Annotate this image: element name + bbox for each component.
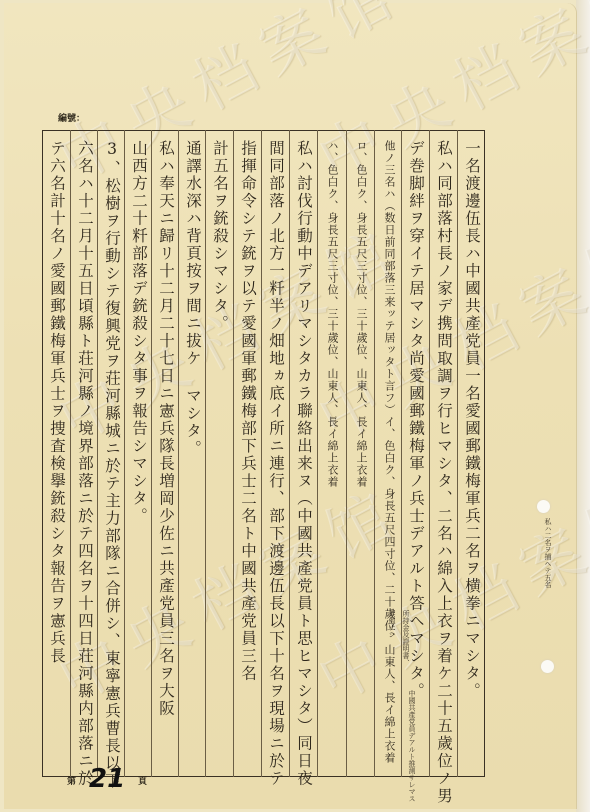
punch-hole <box>541 660 554 673</box>
ruled-line <box>151 130 152 777</box>
handwritten-column: 私ハ討伐行動中デアリマシタカラ聯絡出来ヌ（中國共產党員ト思ヒマシタ）同日夜 <box>292 140 316 770</box>
margin-annotation: 其他ナシ <box>372 610 396 650</box>
handwritten-column: 計五名ヲ銃殺シマシタ。 <box>208 140 232 770</box>
ruled-line <box>97 130 98 777</box>
handwritten-column: ハ、色白ク、身長五尺三寸位、三十歲位、山東人、長イ綿上衣着 <box>320 140 344 770</box>
punch-hole <box>537 500 550 513</box>
ruled-line <box>233 130 234 777</box>
handwritten-column: 六名ハ十二月十五日頃縣ト荘河縣ノ境界部落ニ於テ四名ヲ十四日荘河縣内部落ニ於 <box>73 140 97 770</box>
ruled-line <box>261 130 262 777</box>
ruled-line <box>317 130 318 777</box>
margin-annotation: 中國共產党員デアルト推測サレマス <box>392 690 416 770</box>
ruled-line <box>346 130 347 777</box>
ruled-line <box>457 130 458 777</box>
scan-edge <box>576 0 590 812</box>
handwritten-column: 3、松樹ヲ行動シテ復興党ヲ荘河縣城ニ於テ主力部隊ニ合併シ、東寧憲兵曹長以下 <box>100 140 124 770</box>
ruled-line <box>70 130 71 777</box>
handwritten-column: ロ、色白ク、身長五尺三寸位、三十歲位、山東人、長イ綿上衣着 <box>349 140 373 770</box>
ruled-line <box>289 130 290 777</box>
ruled-line <box>205 130 206 777</box>
serial-number-label: 編號： <box>58 111 85 124</box>
margin-annotation: 私ハ二名ヲ捕ヘテ五名 <box>528 518 552 588</box>
page-number: 21 <box>89 764 125 794</box>
handwritten-column: 一名渡邊伍長ハ中國共產党員一名愛國郵鐵梅軍兵二名ヲ横拳ニマシタ。 <box>460 140 484 770</box>
handwritten-column: 私ハ同部落村長ノ家デ携問取調ヲ行ヒマシタ、二名ハ綿入上衣ヲ着ケ二十五歲位ノ男 <box>432 140 456 770</box>
handwritten-column: 私ハ奉天ニ歸リ十二月二十七日ニ憲兵隊長増岡少佐ニ共產党員三名ヲ大阪 <box>154 140 178 770</box>
ruled-line <box>374 130 375 777</box>
page-suffix: 頁 <box>138 774 147 787</box>
page-prefix: 第 <box>67 774 76 787</box>
ruled-line <box>124 130 125 777</box>
handwritten-column: 指揮命令シテ銃ヲ以テ愛國軍郵鐵梅部下兵士二名ト中國共產党員三名 <box>236 140 260 770</box>
ruled-line <box>429 130 430 777</box>
handwritten-column: 間同部落ノ北方一粁半ノ畑地ヵ底イ所ニ連行、部下渡邊伍長以下十名ヲ現場ニ於テ <box>264 140 288 770</box>
handwritten-column: 山西方二十粁部落デ銃殺シタ事ヲ報告シマシタ。 <box>127 140 151 770</box>
handwritten-column: テ六名計十名ノ愛國郵鐵梅軍兵士ヲ捜査検擧銃殺シタ報告ヲ憲兵長 <box>45 140 69 770</box>
handwritten-column: 通譯水深ハ背頁按ヲ間ニ拔ケ マシタ。 <box>181 140 205 770</box>
ruled-line <box>178 130 179 777</box>
